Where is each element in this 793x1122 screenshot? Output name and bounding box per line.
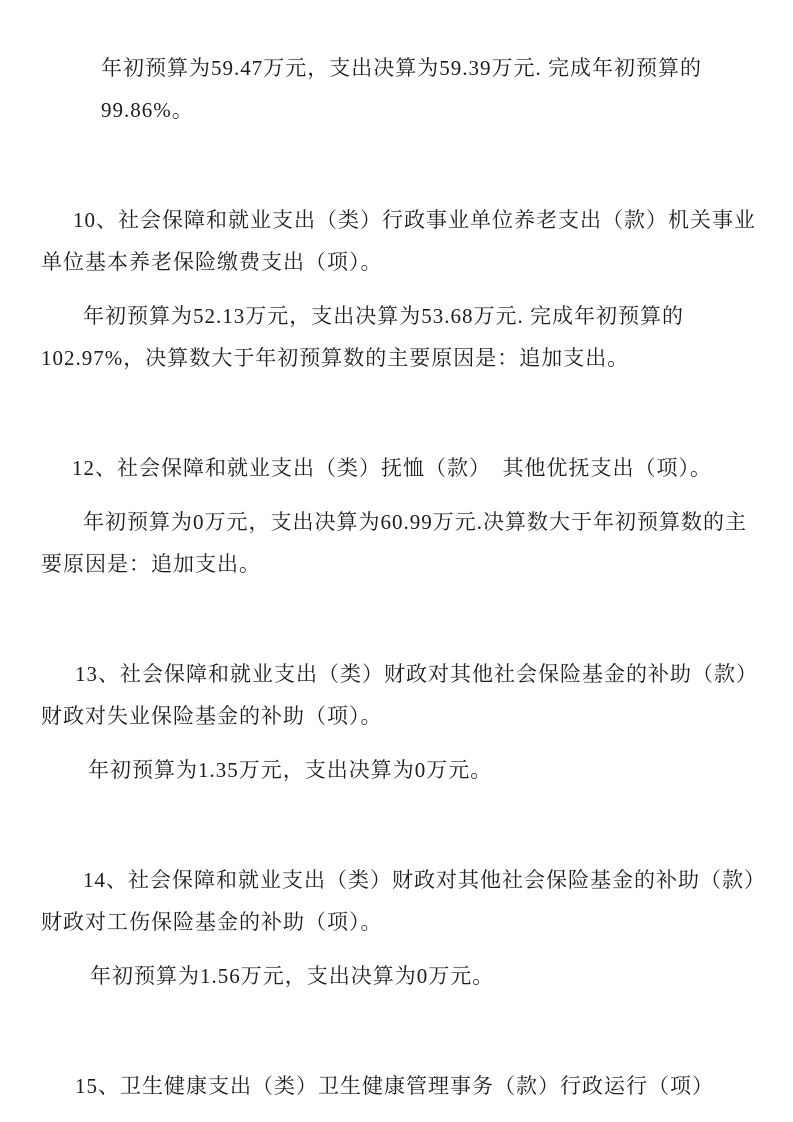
item-12-heading: 12、社会保障和就业支出（类）抚恤（款） 其他优抚支出（项）。 xyxy=(41,447,759,489)
text-line: 13、社会保障和就业支出（类）财政对其他社会保险基金的补助（款） xyxy=(41,653,759,695)
text-line: 单位基本养老保险缴费支出（项）。 xyxy=(41,241,759,283)
item-13-heading: 13、社会保障和就业支出（类）财政对其他社会保险基金的补助（款） 财政对失业保险… xyxy=(41,653,759,737)
item-12-detail: 年初预算为0万元，支出决算为60.99万元.决算数大于年初预算数的主 要原因是：… xyxy=(41,501,759,585)
text-line: 年初预算为59.47万元，支出决算为59.39万元. 完成年初预算的99.86%… xyxy=(41,47,759,131)
item-14-heading: 14、社会保障和就业支出（类）财政对其他社会保险基金的补助（款） 财政对工伤保险… xyxy=(41,859,759,943)
item-15-heading: 15、卫生健康支出（类）卫生健康管理事务（款）行政运行（项） xyxy=(41,1065,759,1107)
text-line: 102.97%，决算数大于年初预算数的主要原因是：追加支出。 xyxy=(41,337,759,379)
text-line: 14、社会保障和就业支出（类）财政对其他社会保险基金的补助（款） xyxy=(41,859,759,901)
text-line: 15、卫生健康支出（类）卫生健康管理事务（款）行政运行（项） xyxy=(41,1065,759,1107)
text-line: 10、社会保障和就业支出（类）行政事业单位养老支出（款）机关事业 xyxy=(41,199,759,241)
text-line: 年初预算为52.13万元，支出决算为53.68万元. 完成年初预算的 xyxy=(41,295,759,337)
budget-detail-intro: 年初预算为59.47万元，支出决算为59.39万元. 完成年初预算的99.86%… xyxy=(41,47,759,131)
text-line: 年初预算为1.56万元，支出决算为0万元。 xyxy=(41,955,759,997)
item-14-detail: 年初预算为1.56万元，支出决算为0万元。 xyxy=(41,955,759,997)
item-10-heading: 10、社会保障和就业支出（类）行政事业单位养老支出（款）机关事业 单位基本养老保… xyxy=(41,199,759,283)
text-line: 12、社会保障和就业支出（类）抚恤（款） 其他优抚支出（项）。 xyxy=(41,447,759,489)
document-page: 年初预算为59.47万元，支出决算为59.39万元. 完成年初预算的99.86%… xyxy=(0,0,793,1122)
text-line: 年初预算为0万元，支出决算为60.99万元.决算数大于年初预算数的主 xyxy=(41,501,759,543)
text-line: 财政对失业保险基金的补助（项）。 xyxy=(41,695,759,737)
text-line: 要原因是：追加支出。 xyxy=(41,543,759,585)
text-line: 财政对工伤保险基金的补助（项）。 xyxy=(41,901,759,943)
item-10-detail: 年初预算为52.13万元，支出决算为53.68万元. 完成年初预算的 102.9… xyxy=(41,295,759,379)
item-13-detail: 年初预算为1.35万元，支出决算为0万元。 xyxy=(41,749,759,791)
text-line: 年初预算为1.35万元，支出决算为0万元。 xyxy=(41,749,759,791)
